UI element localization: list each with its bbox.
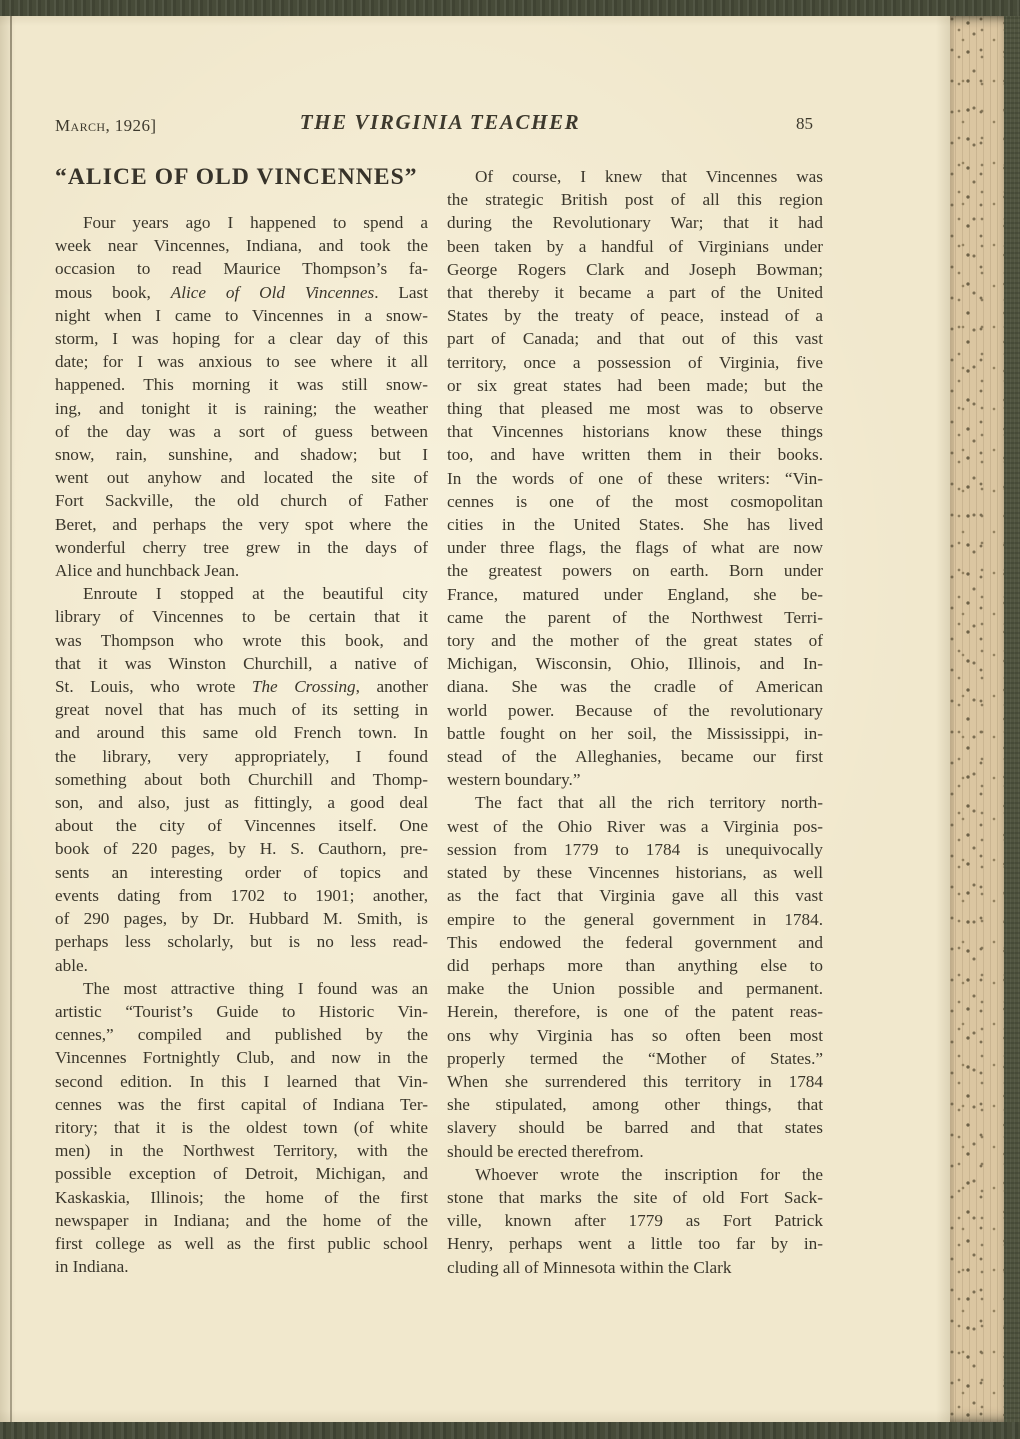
text-line: Beret, and perhaps the very spot where t… — [55, 513, 428, 536]
text-line: the strategic British post of all this r… — [447, 188, 823, 211]
text-line: great novel that has much of its setting… — [55, 698, 428, 721]
text-line: she stipulated, among other things, that — [447, 1093, 823, 1116]
text-line: snow, rain, sunshine, and shadow; but I — [55, 443, 428, 466]
text-line: was Thompson who wrote this book, and — [55, 629, 428, 652]
text-line: Herein, therefore, is one of the patent … — [447, 1000, 823, 1023]
text-line: western boundary.” — [447, 768, 823, 791]
running-header: March, 1926] THE VIRGINIA TEACHER 85 — [55, 110, 825, 140]
text-line: stone that marks the site of old Fort Sa… — [447, 1186, 823, 1209]
text-line: cluding all of Minnesota within the Clar… — [447, 1256, 823, 1279]
text-line: or six great states had been made; but t… — [447, 374, 823, 397]
text-line: When she surrendered this territory in 1… — [447, 1070, 823, 1093]
text-line: diana. She was the cradle of American — [447, 675, 823, 698]
text-line: ons why Virginia has so often been most — [447, 1024, 823, 1047]
paragraph: Enroute I stopped at the beautiful cityl… — [55, 582, 428, 976]
text-line: George Rogers Clark and Joseph Bowman; — [447, 258, 823, 281]
text-line: date; for I was anxious to see where it … — [55, 350, 428, 373]
text-line: thing that pleased me most was to observ… — [447, 397, 823, 420]
text-line: stead of the Alleghanies, became our fir… — [447, 745, 823, 768]
text-line: son, and also, just as fittingly, a good… — [55, 791, 428, 814]
text-line: Four years ago I happened to spend a — [55, 211, 428, 234]
journal-title: THE VIRGINIA TEACHER — [55, 110, 825, 135]
text-line: happened. This morning it was still snow… — [55, 373, 428, 396]
text-line: Fort Sackville, the old church of Father — [55, 489, 428, 512]
text-line: during the Revolutionary War; that it ha… — [447, 211, 823, 234]
text-line: mous book, Alice of Old Vincennes. Last — [55, 281, 428, 304]
left-column-text: Four years ago I happened to spend aweek… — [55, 211, 428, 1278]
text-line: of the day was a sort of guess between — [55, 420, 428, 443]
book-page-fore-edge — [948, 16, 1004, 1424]
page-number: 85 — [796, 114, 813, 134]
text-line: This endowed the federal government and — [447, 931, 823, 954]
left-column: “ALICE OF OLD VINCENNES” Four years ago … — [55, 162, 428, 1278]
text-line: battle fought on her soil, the Mississip… — [447, 722, 823, 745]
text-line: as the fact that Virginia gave all this … — [447, 884, 823, 907]
text-line: tory and the mother of the great states … — [447, 629, 823, 652]
text-line: that Vincennes historians know these thi… — [447, 420, 823, 443]
text-line: the greatest powers on earth. Born under — [447, 559, 823, 582]
text-line: about the city of Vincennes itself. One — [55, 814, 428, 837]
scanned-page: March, 1926] THE VIRGINIA TEACHER 85 “AL… — [0, 16, 950, 1422]
text-line: cennes,” compiled and published by the — [55, 1023, 428, 1046]
text-line: States by the treaty of peace, instead o… — [447, 304, 823, 327]
text-line: in Indiana. — [55, 1255, 428, 1278]
paragraph: The most attractive thing I found was an… — [55, 977, 428, 1279]
text-line: cities in the United States. She has liv… — [447, 513, 823, 536]
text-line: men) in the Northwest Territory, with th… — [55, 1139, 428, 1162]
text-line: possible exception of Detroit, Michigan,… — [55, 1162, 428, 1185]
text-line: Kaskaskia, Illinois; the home of the fir… — [55, 1186, 428, 1209]
text-line: slavery should be barred and that states — [447, 1116, 823, 1139]
text-line: Enroute I stopped at the beautiful city — [55, 582, 428, 605]
text-line: should be erected therefrom. — [447, 1140, 823, 1163]
right-column-text: Of course, I knew that Vincennes wasthe … — [447, 165, 823, 1279]
text-line: territory, once a possession of Virginia… — [447, 351, 823, 374]
text-line: able. — [55, 954, 428, 977]
page-gutter-shadow — [10, 16, 12, 1422]
text-line: came the parent of the Northwest Terri- — [447, 606, 823, 629]
text-line: book of 220 pages, by H. S. Cauthorn, pr… — [55, 837, 428, 860]
text-line: cennes was the first capital of Indiana … — [55, 1093, 428, 1116]
text-line: Of course, I knew that Vincennes was — [447, 165, 823, 188]
text-line: Michigan, Wisconsin, Ohio, Illinois, and… — [447, 652, 823, 675]
text-line: France, matured under England, she be- — [447, 583, 823, 606]
right-column: Of course, I knew that Vincennes wasthe … — [447, 165, 823, 1279]
text-line: events dating from 1702 to 1901; another… — [55, 884, 428, 907]
text-line: properly termed the “Mother of States.” — [447, 1047, 823, 1070]
text-line: newspaper in Indiana; and the home of th… — [55, 1209, 428, 1232]
text-line: something about both Churchill and Thomp… — [55, 768, 428, 791]
text-line: part of Canada; and that out of this vas… — [447, 327, 823, 350]
book-scan: March, 1926] THE VIRGINIA TEACHER 85 “AL… — [0, 0, 1020, 1439]
paragraph: Four years ago I happened to spend aweek… — [55, 211, 428, 582]
text-line: that it was Winston Churchill, a native … — [55, 652, 428, 675]
text-line: ville, known after 1779 as Fort Patrick — [447, 1209, 823, 1232]
text-line: that thereby it became a part of the Uni… — [447, 281, 823, 304]
text-line: the library, very appropriately, I found — [55, 745, 428, 768]
paragraph: The fact that all the rich territory nor… — [447, 791, 823, 1162]
text-line: did perhaps more than anything else to — [447, 954, 823, 977]
text-line: St. Louis, who wrote The Crossing, anoth… — [55, 675, 428, 698]
text-line: session from 1779 to 1784 is unequivocal… — [447, 838, 823, 861]
text-line: Henry, perhaps went a little too far by … — [447, 1232, 823, 1255]
article-title: “ALICE OF OLD VINCENNES” — [55, 162, 428, 192]
text-line: library of Vincennes to be certain that … — [55, 605, 428, 628]
text-line: perhaps less scholarly, but is no less r… — [55, 930, 428, 953]
text-line: occasion to read Maurice Thompson’s fa- — [55, 257, 428, 280]
text-line: make the Union possible and permanent. — [447, 977, 823, 1000]
text-line: first college as well as the first publi… — [55, 1232, 428, 1255]
text-line: In the words of one of these writers: “V… — [447, 467, 823, 490]
text-line: artistic “Tourist’s Guide to Historic Vi… — [55, 1000, 428, 1023]
text-line: been taken by a handful of Virginians un… — [447, 235, 823, 258]
paragraph: Of course, I knew that Vincennes wasthe … — [447, 165, 823, 791]
text-line: and around this same old French town. In — [55, 721, 428, 744]
text-line: cennes is one of the most cosmopolitan — [447, 490, 823, 513]
text-line: sents an interesting order of topics and — [55, 861, 428, 884]
text-line: Alice and hunchback Jean. — [55, 559, 428, 582]
text-line: world power. Because of the revolutionar… — [447, 699, 823, 722]
text-line: second edition. In this I learned that V… — [55, 1070, 428, 1093]
text-line: under three flags, the flags of what are… — [447, 536, 823, 559]
text-line: Whoever wrote the inscription for the — [447, 1163, 823, 1186]
text-line: ritory; that it is the oldest town (of w… — [55, 1116, 428, 1139]
book-cover-bottom-edge — [0, 1422, 1020, 1439]
text-line: west of the Ohio River was a Virginia po… — [447, 815, 823, 838]
text-line: empire to the general government in 1784… — [447, 908, 823, 931]
text-line: The most attractive thing I found was an — [55, 977, 428, 1000]
text-line: The fact that all the rich territory nor… — [447, 791, 823, 814]
book-cover-top-edge — [0, 0, 1020, 16]
text-line: Vincennes Fortnightly Club, and now in t… — [55, 1046, 428, 1069]
text-line: storm, I was hoping for a clear day of t… — [55, 327, 428, 350]
text-line: night when I came to Vincennes in a snow… — [55, 304, 428, 327]
text-line: stated by these Vincennes historians, as… — [447, 861, 823, 884]
text-line: week near Vincennes, Indiana, and took t… — [55, 234, 428, 257]
text-line: ing, and tonight it is raining; the weat… — [55, 397, 428, 420]
text-line: went out anyhow and located the site of — [55, 466, 428, 489]
paragraph: Whoever wrote the inscription for thesto… — [447, 1163, 823, 1279]
text-line: wonderful cherry tree grew in the days o… — [55, 536, 428, 559]
text-line: too, and have written them in their book… — [447, 443, 823, 466]
text-line: of 290 pages, by Dr. Hubbard M. Smith, i… — [55, 907, 428, 930]
